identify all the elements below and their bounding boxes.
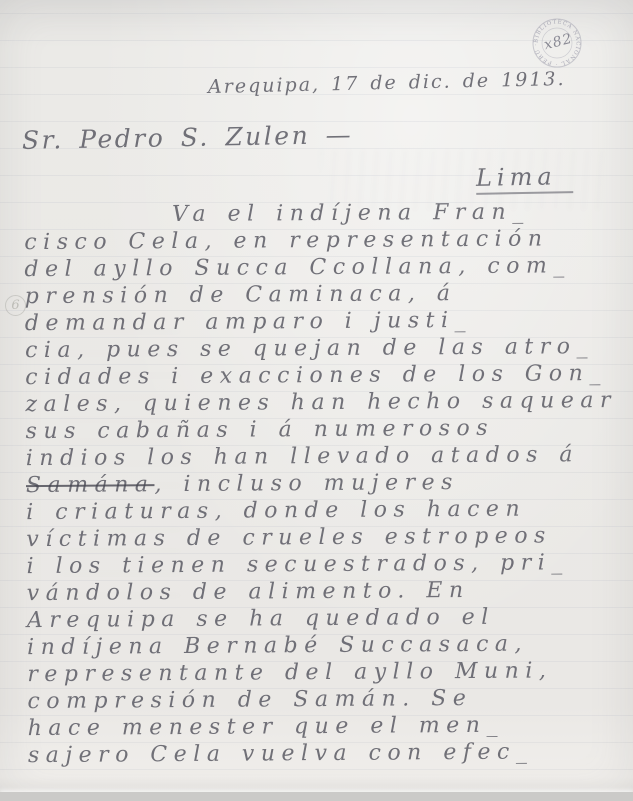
manuscript-line: indíjena Bernabé Succasaca, xyxy=(27,630,623,661)
manuscript-line: Va el indíjena Fran_ xyxy=(24,198,620,229)
manuscript-line: demandar amparo i justi_ xyxy=(25,306,621,337)
margin-pencil-note: 6 xyxy=(5,295,26,316)
page-bottom-edge xyxy=(0,792,633,801)
city-line: Lima xyxy=(476,162,573,195)
manuscript-line: sajero Cela vuelva con efec_ xyxy=(28,738,624,769)
letter-body: Va el indíjena Fran_cisco Cela, en repre… xyxy=(24,198,624,769)
manuscript-line: indios los han llevado atados á xyxy=(26,441,622,472)
manuscript-line: cia, pues se quejan de las atro_ xyxy=(25,333,621,364)
city-name: Lima xyxy=(476,162,573,195)
dateline: Arequipa, 17 de dic. de 1913. xyxy=(208,68,566,98)
manuscript-line: del ayllo Succa Ccollana, com_ xyxy=(24,252,620,283)
manuscript-line: i criaturas, donde los hacen xyxy=(26,495,622,526)
struck-word: Samána xyxy=(26,472,155,498)
manuscript-line: prensión de Caminaca, á xyxy=(25,279,621,310)
library-stamp: BIBLIOTECA NACIONAL · PERÚ · x82 xyxy=(529,15,585,71)
manuscript-line: víctimas de crueles estropeos xyxy=(26,522,622,553)
manuscript-line: i los tienen secuestrados, pri_ xyxy=(26,549,622,580)
manuscript-line: zales, quienes han hecho saquear xyxy=(25,387,621,418)
manuscript-line: representante del ayllo Muni, xyxy=(27,657,623,688)
manuscript-line: cidades i exacciones de los Gon_ xyxy=(25,360,621,391)
recipient-line: Sr. Pedro S. Zulen — xyxy=(22,120,354,155)
letter-page: BIBLIOTECA NACIONAL · PERÚ · x82 Arequip… xyxy=(0,0,633,801)
manuscript-line: sus cabañas i á numerosos xyxy=(26,414,622,445)
manuscript-line: cisco Cela, en representación xyxy=(24,225,620,256)
manuscript-line: vándolos de alimento. En xyxy=(27,576,623,607)
manuscript-line: compresión de Samán. Se xyxy=(27,684,623,715)
manuscript-line: Arequipa se ha quedado el xyxy=(27,603,623,634)
manuscript-line: hace menester que el men_ xyxy=(28,711,624,742)
manuscript-line: Samána, incluso mujeres xyxy=(26,468,622,499)
